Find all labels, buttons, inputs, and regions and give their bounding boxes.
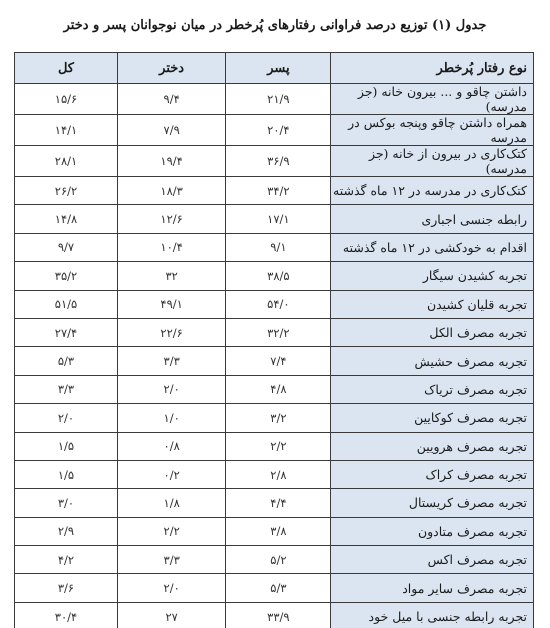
- cell-girls: ۱۰/۴: [117, 233, 225, 261]
- table-row: تجربه رابطه جنسی با میل خود۳۳/۹۲۷۳۰/۴: [15, 602, 534, 628]
- row-label: تجربه کشیدن سیگار: [331, 262, 534, 290]
- header-behavior: نوع رفتار پُرخطر: [331, 53, 534, 84]
- row-label: تجربه مصرف حشیش: [331, 347, 534, 375]
- table-row: تجربه قلیان کشیدن۵۴/۰۴۹/۱۵۱/۵: [15, 290, 534, 318]
- cell-boys: ۳/۲: [226, 404, 331, 432]
- row-label: تجربه مصرف کوکایین: [331, 404, 534, 432]
- table-row: همراه داشتن چاقو وپنجه بوکس در مدرسه۲۰/۴…: [15, 115, 534, 146]
- table-caption: جدول (۱) توزیع درصد فراوانی رفتارهای پُر…: [0, 18, 550, 33]
- cell-girls: ۲/۲: [117, 517, 225, 545]
- table-row: تجربه مصرف تریاک۴/۸۲/۰۳/۳: [15, 375, 534, 403]
- cell-boys: ۱۷/۱: [226, 205, 331, 233]
- table-row: تجربه مصرف اکس۵/۲۳/۳۴/۲: [15, 546, 534, 574]
- table-row: کتک‌کاری در بیرون از خانه (جز مدرسه)۳۶/۹…: [15, 146, 534, 177]
- table-row: تجربه مصرف هرویین۲/۲۰/۸۱/۵: [15, 432, 534, 460]
- cell-total: ۱۴/۸: [15, 205, 118, 233]
- table-row: اقدام به خودکشی در ۱۲ ماه گذشته۹/۱۱۰/۴۹/…: [15, 233, 534, 261]
- row-label: تجربه رابطه جنسی با میل خود: [331, 602, 534, 628]
- table-row: تجربه مصرف کوکایین۳/۲۱/۰۲/۰: [15, 404, 534, 432]
- cell-total: ۲/۹: [15, 517, 118, 545]
- cell-total: ۲۷/۴: [15, 318, 118, 346]
- cell-total: ۴/۲: [15, 546, 118, 574]
- cell-total: ۹/۷: [15, 233, 118, 261]
- table-row: کتک‌کاری در مدرسه در ۱۲ ماه گذشته۳۴/۲۱۸/…: [15, 177, 534, 205]
- cell-boys: ۵/۲: [226, 546, 331, 574]
- cell-girls: ۴۹/۱: [117, 290, 225, 318]
- header-total: کل: [15, 53, 118, 84]
- cell-boys: ۷/۴: [226, 347, 331, 375]
- cell-boys: ۹/۱: [226, 233, 331, 261]
- cell-boys: ۳۳/۹: [226, 602, 331, 628]
- table-row: تجربه کشیدن سیگار۳۸/۵۳۲۳۵/۲: [15, 262, 534, 290]
- cell-girls: ۷/۹: [117, 115, 225, 146]
- row-label: اقدام به خودکشی در ۱۲ ماه گذشته: [331, 233, 534, 261]
- table-row: داشتن چاقو و ... بیرون خانه (جز مدرسه)۲۱…: [15, 84, 534, 115]
- cell-boys: ۴/۸: [226, 375, 331, 403]
- cell-total: ۱/۵: [15, 460, 118, 488]
- cell-girls: ۰/۸: [117, 432, 225, 460]
- cell-boys: ۳۸/۵: [226, 262, 331, 290]
- cell-total: ۲۸/۱: [15, 146, 118, 177]
- cell-girls: ۰/۲: [117, 460, 225, 488]
- table-row: تجربه مصرف حشیش۷/۴۳/۳۵/۳: [15, 347, 534, 375]
- row-label: تجربه مصرف الکل: [331, 318, 534, 346]
- cell-boys: ۲/۸: [226, 460, 331, 488]
- cell-boys: ۳۲/۲: [226, 318, 331, 346]
- table-row: رابطه جنسی اجباری۱۷/۱۱۲/۶۱۴/۸: [15, 205, 534, 233]
- row-label: تجربه مصرف کراک: [331, 460, 534, 488]
- cell-girls: ۲/۰: [117, 375, 225, 403]
- table-row: تجربه مصرف سایر مواد۵/۳۲/۰۳/۶: [15, 574, 534, 602]
- cell-boys: ۲/۲: [226, 432, 331, 460]
- table-row: تجربه مصرف متادون۳/۸۲/۲۲/۹: [15, 517, 534, 545]
- row-label: کتک‌کاری در بیرون از خانه (جز مدرسه): [331, 146, 534, 177]
- cell-girls: ۱۸/۳: [117, 177, 225, 205]
- cell-total: ۳۰/۴: [15, 602, 118, 628]
- cell-total: ۲۶/۲: [15, 177, 118, 205]
- cell-girls: ۳/۳: [117, 347, 225, 375]
- cell-boys: ۵/۳: [226, 574, 331, 602]
- row-label: تجربه مصرف اکس: [331, 546, 534, 574]
- row-label: همراه داشتن چاقو وپنجه بوکس در مدرسه: [331, 115, 534, 146]
- cell-boys: ۳۶/۹: [226, 146, 331, 177]
- cell-girls: ۲۷: [117, 602, 225, 628]
- cell-girls: ۱/۸: [117, 489, 225, 517]
- cell-girls: ۲/۰: [117, 574, 225, 602]
- table-row: تجربه مصرف کراک۲/۸۰/۲۱/۵: [15, 460, 534, 488]
- cell-girls: ۱/۰: [117, 404, 225, 432]
- cell-total: ۵۱/۵: [15, 290, 118, 318]
- cell-girls: ۹/۴: [117, 84, 225, 115]
- row-label: کتک‌کاری در مدرسه در ۱۲ ماه گذشته: [331, 177, 534, 205]
- cell-girls: ۳۲: [117, 262, 225, 290]
- cell-boys: ۴/۴: [226, 489, 331, 517]
- row-label: تجربه مصرف تریاک: [331, 375, 534, 403]
- cell-total: ۳/۶: [15, 574, 118, 602]
- cell-girls: ۱۲/۶: [117, 205, 225, 233]
- cell-boys: ۵۴/۰: [226, 290, 331, 318]
- cell-boys: ۲۰/۴: [226, 115, 331, 146]
- header-girls: دختر: [117, 53, 225, 84]
- row-label: تجربه مصرف متادون: [331, 517, 534, 545]
- row-label: تجربه مصرف سایر مواد: [331, 574, 534, 602]
- table-row: تجربه مصرف کریستال۴/۴۱/۸۳/۰: [15, 489, 534, 517]
- cell-girls: ۲۲/۶: [117, 318, 225, 346]
- cell-total: ۱/۵: [15, 432, 118, 460]
- table-header-row: نوع رفتار پُرخطر پسر دختر کل: [15, 53, 534, 84]
- cell-boys: ۲۱/۹: [226, 84, 331, 115]
- row-label: داشتن چاقو و ... بیرون خانه (جز مدرسه): [331, 84, 534, 115]
- cell-total: ۱۵/۶: [15, 84, 118, 115]
- cell-boys: ۳۴/۲: [226, 177, 331, 205]
- table-row: تجربه مصرف الکل۳۲/۲۲۲/۶۲۷/۴: [15, 318, 534, 346]
- cell-girls: ۱۹/۴: [117, 146, 225, 177]
- cell-total: ۲/۰: [15, 404, 118, 432]
- cell-total: ۵/۳: [15, 347, 118, 375]
- row-label: تجربه قلیان کشیدن: [331, 290, 534, 318]
- row-label: تجربه مصرف هرویین: [331, 432, 534, 460]
- cell-total: ۳۵/۲: [15, 262, 118, 290]
- cell-girls: ۳/۳: [117, 546, 225, 574]
- cell-total: ۳/۰: [15, 489, 118, 517]
- row-label: تجربه مصرف کریستال: [331, 489, 534, 517]
- row-label: رابطه جنسی اجباری: [331, 205, 534, 233]
- cell-total: ۳/۳: [15, 375, 118, 403]
- cell-boys: ۳/۸: [226, 517, 331, 545]
- header-boys: پسر: [226, 53, 331, 84]
- risk-behavior-table: نوع رفتار پُرخطر پسر دختر کل داشتن چاقو …: [14, 52, 534, 628]
- cell-total: ۱۴/۱: [15, 115, 118, 146]
